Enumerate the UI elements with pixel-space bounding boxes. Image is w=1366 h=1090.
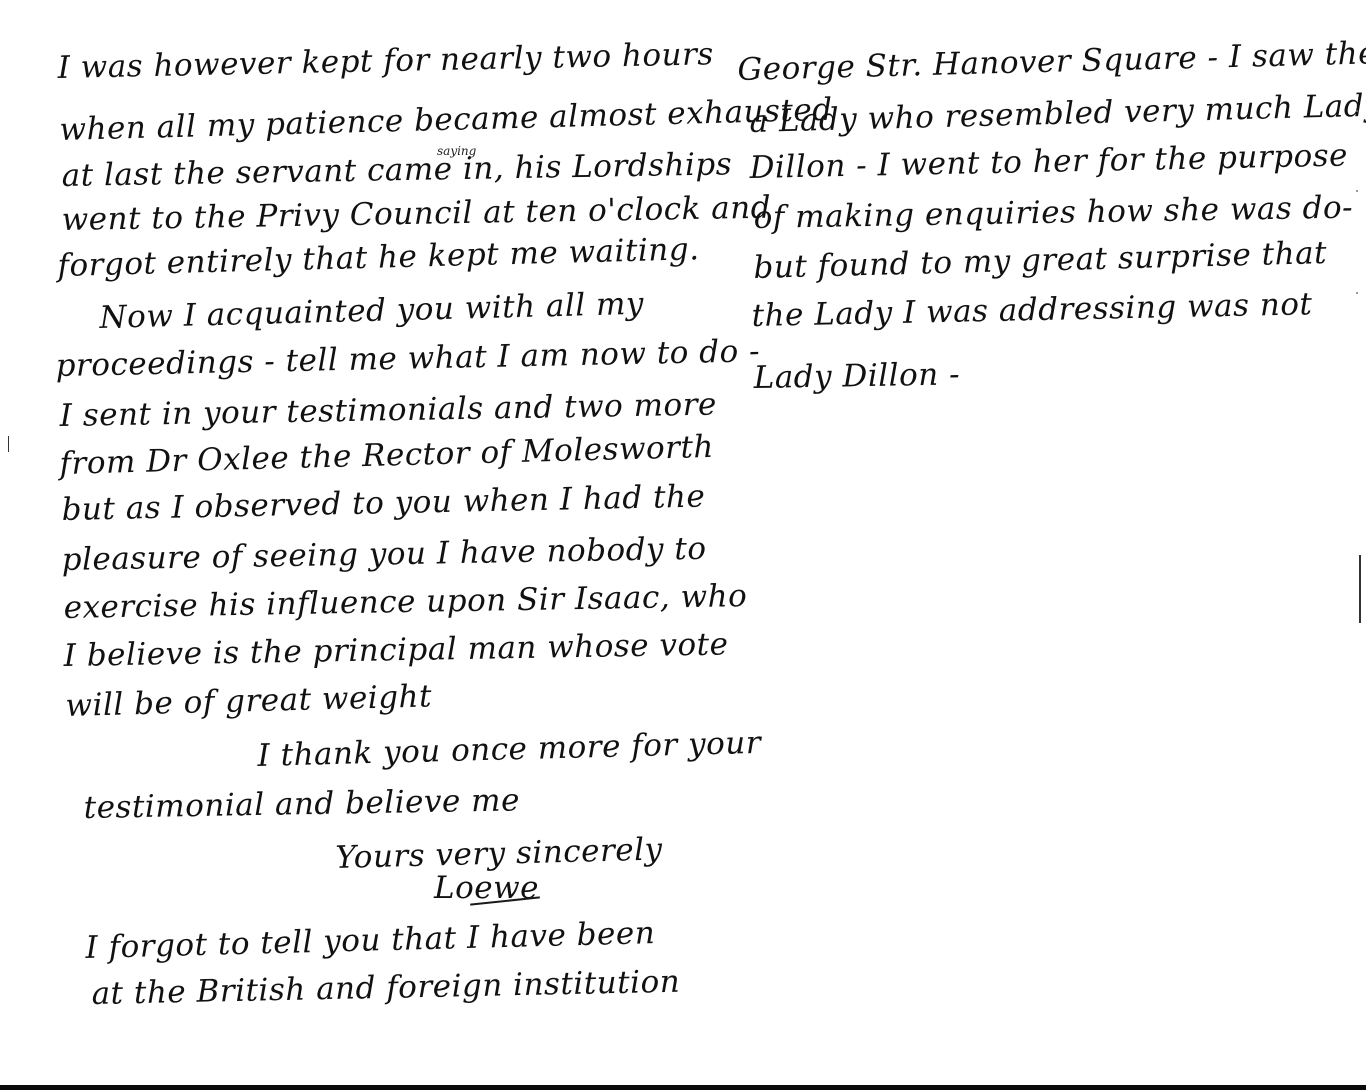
letter-line: testimonial and believe me [83, 782, 520, 826]
letter-line: but found to my great surprise that [753, 235, 1327, 286]
postscript-line: at the British and foreign institution [91, 964, 680, 1012]
letter-line: of making enquiries how she was do- [753, 190, 1353, 236]
letter-line: at last the servant came in, his Lordshi… [61, 146, 732, 194]
letter-line: Lady Dillon - [753, 356, 960, 396]
letter-line: will be of great weight [65, 678, 432, 724]
scan-speck [1356, 292, 1358, 294]
letter-line: Dillon - I went to her for the purpose [749, 137, 1348, 186]
letter-line: proceedings - tell me what I am now to d… [55, 333, 760, 384]
scanned-letter-page: I was however kept for nearly two hours … [0, 0, 1366, 1090]
letter-line: I sent in your testimonials and two more [59, 387, 717, 434]
scan-bottom-border [0, 1085, 1366, 1090]
letter-line: went to the Privy Council at ten o'clock… [61, 190, 771, 238]
letter-line: when all my patience became almost exhau… [59, 92, 833, 148]
letter-line: Now I acquainted you with all my [99, 286, 644, 336]
scan-edge-mark-left [8, 436, 9, 452]
letter-line: the Lady I was addressing was not [751, 286, 1313, 334]
letter-line: exercise his influence upon Sir Isaac, w… [63, 578, 747, 626]
scan-edge-mark-right [1359, 555, 1361, 623]
letter-line: a Lady who resembled very much Lady [749, 87, 1366, 140]
letter-line: but as I observed to you when I had the [61, 479, 705, 528]
letter-line: from Dr Oxlee the Rector of Molesworth [59, 429, 714, 482]
letter-line: forgot entirely that he kept me waiting. [57, 231, 700, 284]
signature: Loewe [434, 870, 539, 906]
scan-speck [1356, 110, 1358, 112]
letter-line: I thank you once more for your [257, 725, 761, 774]
letter-line: I believe is the principal man whose vot… [63, 626, 728, 674]
letter-line: George Str. Hanover Square - I saw there [737, 34, 1366, 88]
letter-line: I was however kept for nearly two hours [57, 36, 714, 86]
postscript-line: I forgot to tell you that I have been [85, 915, 656, 966]
letter-line: pleasure of seeing you I have nobody to [61, 531, 706, 578]
scan-speck [1356, 190, 1358, 192]
